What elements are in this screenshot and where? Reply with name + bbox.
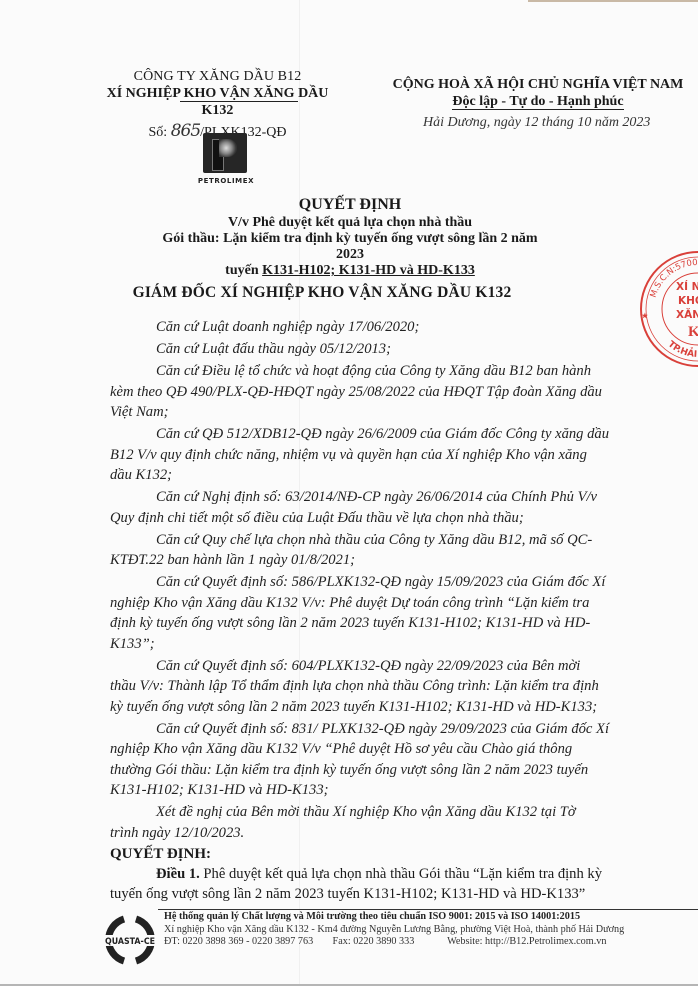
legal-basis-paragraph: Căn cứ QĐ 512/XDB12-QĐ ngày 26/6/2009 củ… xyxy=(110,424,690,486)
decision-heading: QUYẾT ĐỊNH xyxy=(150,195,550,215)
legal-basis-paragraph: Căn cứ Quy chế lựa chọn nhà thầu của Côn… xyxy=(110,530,690,571)
footer-contacts: ĐT: 0220 3898 369 - 0220 3897 763 Fax: 0… xyxy=(164,936,698,949)
scan-edge xyxy=(528,0,698,2)
paragraph-line: Quy định chi tiết một số điều của Luật Đ… xyxy=(110,508,690,529)
paragraph-line: Căn cứ Quyết định số: 586/PLXK132-QĐ ngà… xyxy=(110,572,690,593)
paragraph-line: Việt Nam; xyxy=(110,402,690,423)
legal-basis-paragraph: Xét đề nghị của Bên mời thầu Xí nghiệp K… xyxy=(110,802,690,843)
footer-fax: Fax: 0220 3890 333 xyxy=(333,936,445,949)
decision-title-block: QUYẾT ĐỊNH V/v Phê duyệt kết quả lựa chọ… xyxy=(150,195,550,279)
document-page: CÔNG TY XĂNG DẦU B12 XÍ NGHIỆP KHO VẬN X… xyxy=(0,0,698,986)
handwritten-number: 865 xyxy=(171,121,200,141)
decision-subject: V/v Phê duyệt kết quả lựa chọn nhà thầu xyxy=(150,215,550,231)
director-heading: GIÁM ĐỐC XÍ NGHIỆP KHO VẬN XĂNG DẦU K132 xyxy=(112,284,532,302)
paragraph-line: Căn cứ Điều lệ tổ chức và hoạt động của … xyxy=(110,361,690,382)
paragraph-line: Căn cứ Luật doanh nghiệp ngày 17/06/2020… xyxy=(110,317,690,338)
paragraph-line: Căn cứ Nghị định số: 63/2014/NĐ-CP ngày … xyxy=(110,487,690,508)
paragraph-line: K133”; xyxy=(110,634,690,655)
article-1: Điều 1. Phê duyệt kết quả lựa chọn nhà t… xyxy=(110,864,690,904)
footer-divider xyxy=(158,909,698,910)
paragraph-line: Căn cứ Quyết định số: 604/PLXK132-QĐ ngà… xyxy=(110,656,690,677)
nation-name: CỘNG HOÀ XÃ HỘI CHỦ NGHĨA VIỆT NAM xyxy=(383,76,693,93)
footer-iso-line: Hệ thống quản lý Chất lượng và Môi trườn… xyxy=(164,911,698,924)
package-route: tuyến K131-H102; K131-HD và HD-K133 xyxy=(150,263,550,279)
svg-text:K1: K1 xyxy=(688,324,698,340)
place-date: Hải Dương, ngày 12 tháng 10 năm 2023 xyxy=(423,115,650,131)
paragraph-line: thầu V/v: Thành lập Tổ thẩm định lựa chọ… xyxy=(110,676,690,697)
number-label: Số: xyxy=(149,125,168,140)
paragraph-line: K131-H102; K131-HD và HD-K133; xyxy=(110,780,690,801)
paragraph-line: Căn cứ QĐ 512/XDB12-QĐ ngày 26/6/2009 củ… xyxy=(110,424,690,445)
svg-text:XÍ NGH: XÍ NGH xyxy=(676,280,698,293)
paragraph-line: định kỳ tuyến ống vượt sông lần 2 năm 20… xyxy=(110,613,690,634)
svg-text:★: ★ xyxy=(640,311,650,321)
svg-text:KHO V: KHO V xyxy=(678,295,698,307)
legal-basis-paragraph: Căn cứ Nghị định số: 63/2014/NĐ-CP ngày … xyxy=(110,487,690,528)
paragraph-line: dầu K132; xyxy=(110,465,690,486)
decision-section-heading: QUYẾT ĐỊNH: xyxy=(110,845,690,864)
legal-basis-paragraph: Căn cứ Quyết định số: 586/PLXK132-QĐ ngà… xyxy=(110,572,690,654)
legal-basis-paragraph: Căn cứ Luật doanh nghiệp ngày 17/06/2020… xyxy=(110,317,690,338)
paragraph-line: thường Gói thầu: Lặn kiểm tra định kỳ tu… xyxy=(110,760,690,781)
article-label: Điều 1. xyxy=(156,866,200,882)
paragraph-line: nghiệp Kho vận Xăng dầu K132 V/v “Phê du… xyxy=(110,739,690,760)
paragraph-line: Xét đề nghị của Bên mời thầu Xí nghiệp K… xyxy=(110,802,690,823)
legal-basis-paragraph: Căn cứ Quyết định số: 604/PLXK132-QĐ ngà… xyxy=(110,656,690,718)
paragraph-line: Căn cứ Quy chế lựa chọn nhà thầu của Côn… xyxy=(110,530,690,551)
footer-phone: ĐT: 0220 3898 369 - 0220 3897 763 xyxy=(164,936,330,949)
paragraph-line: kèm theo QĐ 490/PLX-QĐ-HĐQT ngày 25/08/2… xyxy=(110,382,690,403)
article-text: tuyến ống vượt sông lần 2 năm 2023 tuyến… xyxy=(110,884,690,904)
legal-basis-paragraph: Căn cứ Điều lệ tổ chức và hoạt động của … xyxy=(110,361,690,423)
svg-text:QUASTA-CE: QUASTA-CE xyxy=(105,937,155,947)
company-name: CÔNG TY XĂNG DẦU B12 xyxy=(95,68,340,85)
paragraph-line: Căn cứ Luật đấu thầu ngày 05/12/2013; xyxy=(110,339,690,360)
issuer-block: CÔNG TY XĂNG DẦU B12 XÍ NGHIỆP KHO VẬN X… xyxy=(95,68,340,143)
quasta-ce-logo-icon: QUASTA-CE xyxy=(104,914,156,966)
paragraph-line: nghiệp Kho vận Xăng dầu K132 V/v: Phê du… xyxy=(110,593,690,614)
logo-text: PETROLIMEX xyxy=(192,177,260,185)
paragraph-line: B12 V/v quy định chức năng, nhiệm vụ và … xyxy=(110,445,690,466)
red-seal-stamp: M.S.C.N:5700101690-0 TP.HẢI DƯƠNG XÍ NGH… xyxy=(640,246,698,372)
paragraph-line: KTĐT.22 ban hành lần 1 ngày 01/8/2021; xyxy=(110,550,690,571)
svg-text:XĂNG: XĂNG xyxy=(676,308,698,321)
national-motto: Độc lập - Tự do - Hạnh phúc xyxy=(383,93,693,110)
footer-info: Hệ thống quản lý Chất lượng và Môi trườn… xyxy=(164,911,698,949)
national-header: CỘNG HOÀ XÃ HỘI CHỦ NGHĨA VIỆT NAM Độc l… xyxy=(383,76,693,110)
footer-address: Xí nghiệp Kho vận Xăng dầu K132 - Km4 đư… xyxy=(164,924,698,937)
article-text: Phê duyệt kết quả lựa chọn nhà thầu Gói … xyxy=(200,866,602,882)
paragraph-line: Căn cứ Quyết định số: 831/ PLXK132-QĐ ng… xyxy=(110,719,690,740)
footer-website[interactable]: Website: http://B12.Petrolimex.com.vn xyxy=(447,936,606,949)
legal-basis-paragraph: Căn cứ Quyết định số: 831/ PLXK132-QĐ ng… xyxy=(110,719,690,801)
paragraph-line: trình ngày 12/10/2023. xyxy=(110,823,690,844)
document-body: Căn cứ Luật doanh nghiệp ngày 17/06/2020… xyxy=(110,317,690,904)
package-name: Gói thầu: Lặn kiểm tra định kỳ tuyến ống… xyxy=(150,231,550,263)
legal-basis-paragraph: Căn cứ Luật đấu thầu ngày 05/12/2013; xyxy=(110,339,690,360)
paragraph-line: kỳ tuyến ống vượt sông lần 2 năm 2023 tu… xyxy=(110,697,690,718)
petrolimex-logo-icon xyxy=(203,133,247,173)
unit-name: XÍ NGHIỆP KHO VẬN XĂNG DẦU K132 xyxy=(95,85,340,119)
